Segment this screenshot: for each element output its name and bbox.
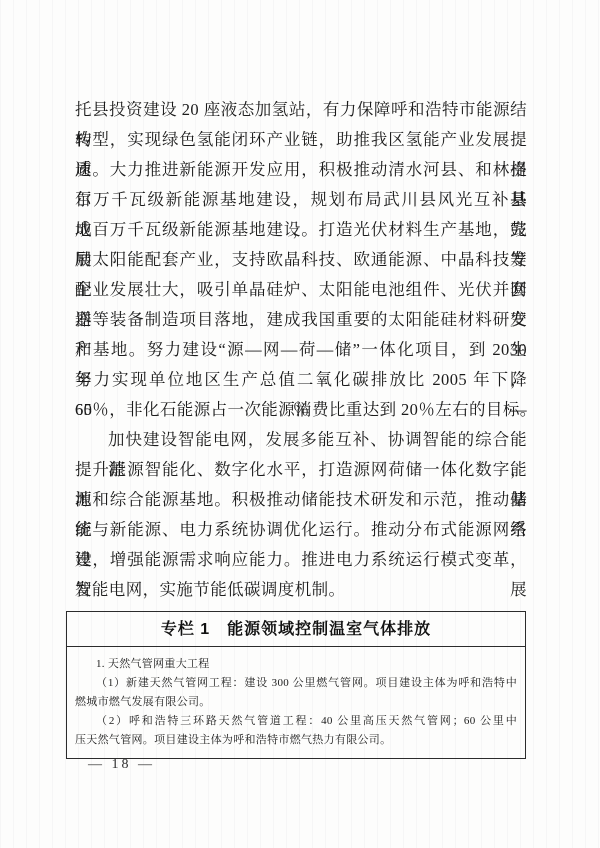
box-title: 专栏 1 能源领域控制温室气体排放 <box>67 612 525 647</box>
text-line: 加快建设智能电网，发展多能互补、协调智能的综合能源， <box>75 425 527 455</box>
box-text-line: 1. 天然气管网重大工程 <box>75 655 517 674</box>
paragraph-hydrogen-and-solar: 托县投资建设 20 座液态加氢站，有力保障呼和浩特市能源结构转型，实现绿色氢能闭… <box>75 95 527 425</box>
paragraph-smart-grid: 加快建设智能电网，发展多能互补、协调智能的综合能源，提升能源智能化、数字化水平，… <box>75 425 527 605</box>
page-number: — 18 — <box>88 757 155 773</box>
box-body: 1. 天然气管网重大工程（1）新建天然气管网工程：建设 300 公里燃气管网。项… <box>67 647 525 758</box>
text-line: 产基地。努力建设“源—网—荷—储”一体化项目，到 2030 年， <box>75 335 527 365</box>
text-line: 转型，实现绿色氢能闭环产业链，助推我区氢能产业发展提质提 <box>75 125 527 155</box>
text-line: 速。大力推进新能源开发应用，积极推动清水河县、和林格尔县 <box>75 155 527 185</box>
text-line: 65％，非化石能源占一次能源消费比重达到 20％左右的目标。 <box>75 395 527 425</box>
box-text-line: 燃城市燃气发展有限公司。 <box>75 693 517 712</box>
text-line: 成百万千瓦级新能源基地建设。打造光伏材料生产基地，鼓励发 <box>75 215 527 245</box>
text-line: 百万千瓦级新能源基地建设，规划布局武川县风光互补基地，完 <box>75 185 527 215</box>
box-text-line: （2）呼和浩特三环路天然气管道工程：40 公里高压天然气管网；60 公里中 <box>75 712 517 731</box>
body-text: 托县投资建设 20 座液态加氢站，有力保障呼和浩特市能源结构转型，实现绿色氢能闭… <box>75 95 527 605</box>
text-line: 器等装备制造项目落地，建成我国重要的太阳能硅材料研发和生 <box>75 305 527 335</box>
text-line: 托县投资建设 20 座液态加氢站，有力保障呼和浩特市能源结构 <box>75 95 527 125</box>
box-text-line: 压天然气管网。项目建设主体为呼和浩特市燃气热力有限公司。 <box>75 731 517 750</box>
text-line: 展太阳能配套产业，支持欧晶科技、欧通能源、中晶科技等配套 <box>75 245 527 275</box>
column-1-box: 专栏 1 能源领域控制温室气体排放 1. 天然气管网重大工程（1）新建天然气管网… <box>66 611 526 759</box>
text-line: 企业发展壮大，吸引单晶硅炉、太阳能电池组件、光伏并网逆变 <box>75 275 527 305</box>
document-page: 托县投资建设 20 座液态加氢站，有力保障呼和浩特市能源结构转型，实现绿色氢能闭… <box>0 0 600 848</box>
text-line: 设，增强能源需求响应能力。推进电力系统运行模式变革，发展 <box>75 545 527 575</box>
text-line: 提升能源智能化、数字化水平，打造源网荷储一体化数字能源基 <box>75 455 527 485</box>
box-text-line: （1）新建天然气管网工程：建设 300 公里燃气管网。项目建设主体为呼和浩特中 <box>75 674 517 693</box>
text-line: 努力实现单位地区生产总值二氧化碳排放比 2005 年下降 60％— <box>75 365 527 395</box>
text-line: 地和综合能源基地。积极推动储能技术研发和示范，推动储能系 <box>75 485 527 515</box>
text-line: 统与新能源、电力系统协调优化运行。推动分布式能源网络建 <box>75 515 527 545</box>
